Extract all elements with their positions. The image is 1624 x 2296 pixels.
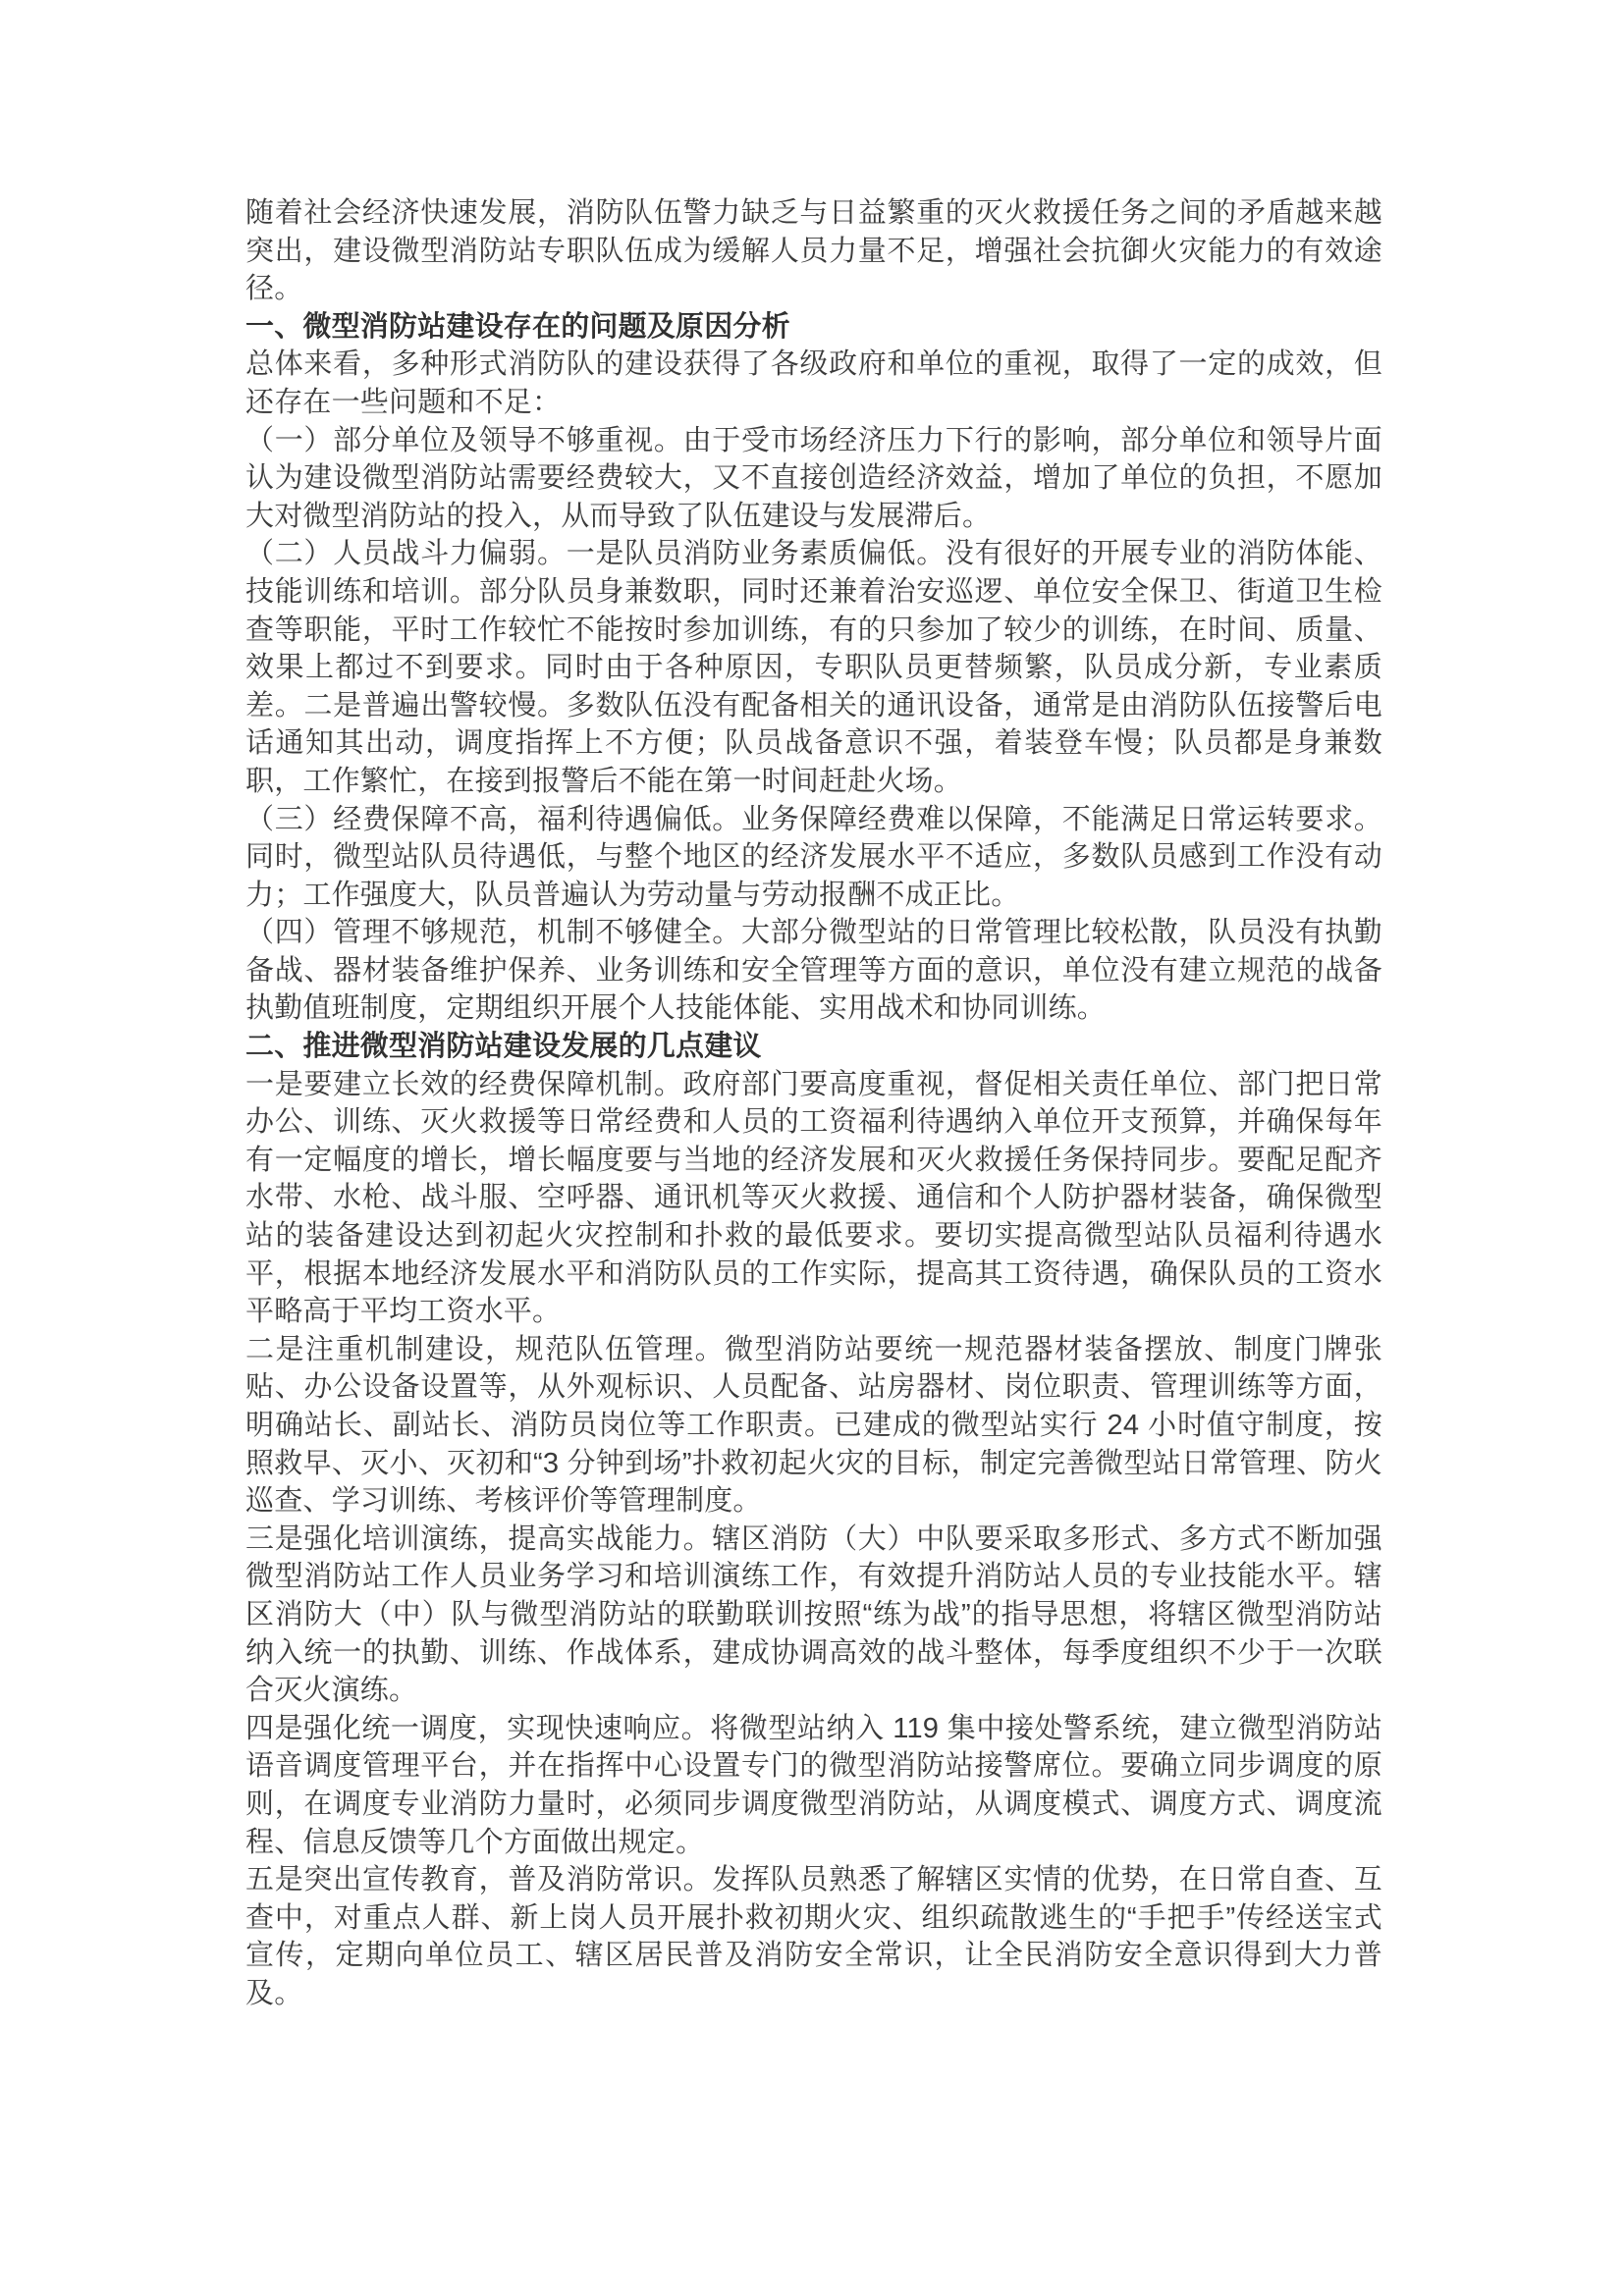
document-body: 随着社会经济快速发展，消防队伍警力缺乏与日益繁重的灭火救援任务之间的矛盾越来越突… <box>245 194 1382 2013</box>
section-heading: 一、微型消防站建设存在的问题及原因分析 <box>245 308 1382 347</box>
paragraph: （四）管理不够规范，机制不够健全。大部分微型站的日常管理比较松散，队员没有执勤备… <box>245 914 1382 1028</box>
paragraph: 四是强化统一调度，实现快速响应。将微型站纳入 119 集中接处警系统，建立微型消… <box>245 1710 1382 1861</box>
paragraph: （一）部分单位及领导不够重视。由于受市场经济压力下行的影响，部分单位和领导片面认… <box>245 422 1382 536</box>
paragraph: 三是强化培训演练，提高实战能力。辖区消防（大）中队要采取多形式、多方式不断加强微… <box>245 1521 1382 1710</box>
document-page: 随着社会经济快速发展，消防队伍警力缺乏与日益繁重的灭火救援任务之间的矛盾越来越突… <box>0 0 1624 2296</box>
paragraph: （二）人员战斗力偏弱。一是队员消防业务素质偏低。没有很好的开展专业的消防体能、技… <box>245 535 1382 800</box>
paragraph: 总体来看，多种形式消防队的建设获得了各级政府和单位的重视，取得了一定的成效，但还… <box>245 346 1382 421</box>
paragraph: 一是要建立长效的经费保障机制。政府部门要高度重视，督促相关责任单位、部门把日常办… <box>245 1066 1382 1331</box>
paragraph: （三）经费保障不高，福利待遇偏低。业务保障经费难以保障，不能满足日常运转要求。同… <box>245 801 1382 915</box>
section-heading: 二、推进微型消防站建设发展的几点建议 <box>245 1028 1382 1066</box>
paragraph: 五是突出宣传教育，普及消防常识。发挥队员熟悉了解辖区实情的优势，在日常自查、互查… <box>245 1861 1382 2012</box>
paragraph: 随着社会经济快速发展，消防队伍警力缺乏与日益繁重的灭火救援任务之间的矛盾越来越突… <box>245 194 1382 308</box>
paragraph: 二是注重机制建设，规范队伍管理。微型消防站要统一规范器材装备摆放、制度门牌张贴、… <box>245 1331 1382 1521</box>
